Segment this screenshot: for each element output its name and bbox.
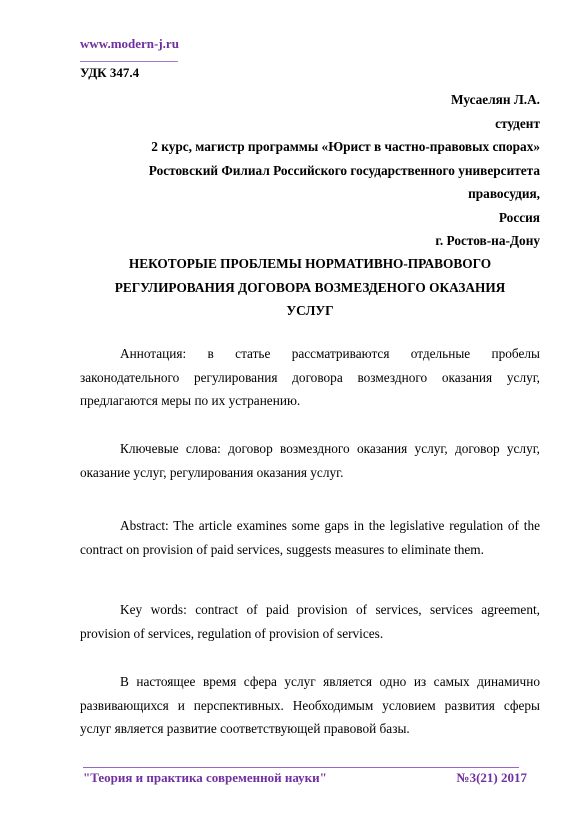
author-name: Мусаелян Л.А. [80, 88, 540, 112]
annotation-paragraph: Аннотация: в статье рассматриваются отде… [80, 342, 540, 413]
journal-name: "Теория и практика современной науки" [83, 770, 327, 786]
abstract-en-paragraph: Abstract: The article examines some gaps… [80, 514, 540, 561]
title-line: УСЛУГ [80, 299, 540, 323]
title-line: НЕКОТОРЫЕ ПРОБЛЕМЫ НОРМАТИВНО-ПРАВОВОГО [80, 252, 540, 276]
body-paragraph: В настоящее время сфера услуг является о… [80, 670, 540, 741]
keywords-ru-paragraph: Ключевые слова: договор возмездного оказ… [80, 437, 540, 484]
author-city: г. Ростов-на-Дону [80, 229, 540, 253]
footer-divider [83, 767, 519, 768]
keywords-en-paragraph: Key words: contract of paid provision of… [80, 598, 540, 645]
title-line: РЕГУЛИРОВАНИЯ ДОГОВОРА ВОЗМЕЗДЕНОГО ОКАЗ… [80, 276, 540, 300]
author-country: Россия [80, 206, 540, 230]
article-title: НЕКОТОРЫЕ ПРОБЛЕМЫ НОРМАТИВНО-ПРАВОВОГО … [80, 252, 540, 323]
author-status: студент [80, 112, 540, 136]
site-url-link[interactable]: www.modern-j.ru [80, 36, 179, 52]
udk-code: УДК 347.4 [80, 65, 139, 81]
author-institution-cont: правосудия, [80, 182, 540, 206]
author-block: Мусаелян Л.А. студент 2 курс, магистр пр… [80, 88, 540, 253]
header-divider [80, 61, 178, 62]
author-institution: Ростовский Филиал Российского государств… [80, 159, 540, 183]
issue-number: №3(21) 2017 [430, 770, 527, 786]
author-program: 2 курс, магистр программы «Юрист в частн… [80, 135, 540, 159]
